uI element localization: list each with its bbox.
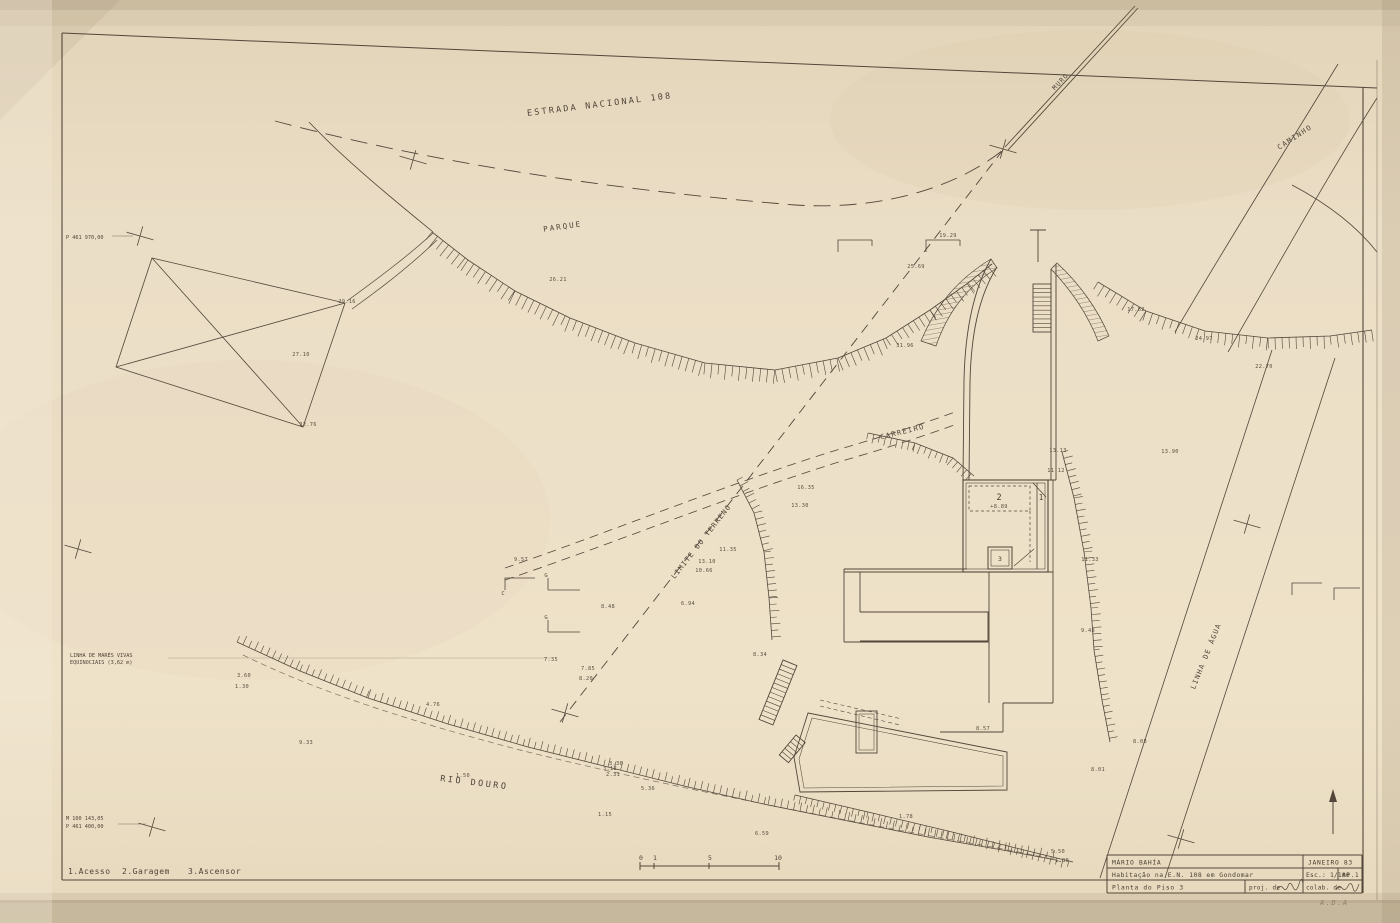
legend-item: 3.Ascensor bbox=[188, 867, 241, 876]
room-number-3: 3 bbox=[998, 555, 1002, 563]
spot-elevation: 29.16 bbox=[338, 299, 355, 305]
spot-elevation: 13.13 bbox=[1049, 448, 1066, 454]
room-number-1: 1 bbox=[1039, 493, 1044, 502]
map-label-coord-m-bottom: M 100 143,05 bbox=[66, 816, 103, 822]
drawing-sheet: MÁRIO BAHÍA JANEIRO 83 Habitação na E.N.… bbox=[0, 0, 1400, 923]
map-label-coord-p-top: P 461 970,00 bbox=[66, 235, 103, 241]
scale-bar-tick-label: 1 bbox=[653, 854, 657, 862]
room-number-2: 2 bbox=[996, 493, 1001, 503]
spot-elevation: 1.15 bbox=[598, 812, 612, 818]
legend-item: 1.Acesso bbox=[68, 867, 111, 876]
spot-elevation: 24.97 bbox=[1195, 336, 1212, 342]
spot-elevation: 6.59 bbox=[755, 831, 769, 837]
title-block-architect: MÁRIO BAHÍA bbox=[1112, 858, 1161, 867]
spot-elevation: 10.66 bbox=[695, 568, 712, 574]
section-marker-letter: G bbox=[544, 573, 547, 579]
title-block-drawing-title: Planta do Piso 3 bbox=[1112, 885, 1184, 892]
spot-elevation: 1.80 bbox=[1055, 858, 1069, 864]
spot-elevation: 8.57 bbox=[976, 726, 990, 732]
spot-elevation: 22.76 bbox=[299, 422, 316, 428]
spot-elevation: 5.50 bbox=[1051, 849, 1065, 855]
map-label-coord-p-bottom: P 461 400,00 bbox=[66, 824, 103, 830]
spot-elevation: 26.21 bbox=[549, 277, 566, 283]
spot-elevation: 3.60 bbox=[237, 673, 251, 679]
spot-elevation: 8.34 bbox=[753, 652, 767, 658]
spot-elevation: 11.35 bbox=[719, 547, 736, 553]
spot-elevation: 9.57 bbox=[514, 557, 528, 563]
spot-elevation: 9.48 bbox=[1081, 628, 1095, 634]
title-block-date: JANEIRO 83 bbox=[1308, 860, 1353, 867]
map-label-mares-vivas-1: LINHA DE MARÉS VIVAS bbox=[70, 651, 132, 659]
spot-elevation: 3.36 bbox=[609, 761, 623, 767]
spot-elevation: 13.90 bbox=[1161, 449, 1178, 455]
spot-elevation: 16.35 bbox=[797, 485, 814, 491]
spot-elevation: 19.29 bbox=[939, 233, 956, 239]
spot-elevation: 2.31 bbox=[606, 772, 620, 778]
spot-elevation: 7.35 bbox=[544, 657, 558, 663]
spot-elevation: 25.69 bbox=[907, 264, 924, 270]
spot-elevation: 6.94 bbox=[681, 601, 695, 607]
spot-elevation: 4.76 bbox=[426, 702, 440, 708]
spot-elevation: 8.48 bbox=[601, 604, 615, 610]
section-marker-letter: C bbox=[501, 591, 504, 597]
spot-elevation: 13.10 bbox=[698, 559, 715, 565]
spot-elevation: 11.12 bbox=[1047, 468, 1064, 474]
spot-elevation: 13.30 bbox=[791, 503, 808, 509]
spot-elevation: 1.30 bbox=[235, 684, 249, 690]
title-block-colab-label: colab. de bbox=[1306, 885, 1341, 892]
section-marker-letter: G bbox=[544, 615, 547, 621]
title-block-sheet-number: AP.1 bbox=[1342, 872, 1359, 879]
spot-elevation: 22.70 bbox=[1255, 364, 1272, 370]
spot-elevation: 8.01 bbox=[1091, 767, 1105, 773]
spot-elevation: 31.96 bbox=[896, 343, 913, 349]
scale-bar-tick-label: 5 bbox=[708, 854, 712, 862]
site-plan-drawing: MÁRIO BAHÍA JANEIRO 83 Habitação na E.N.… bbox=[0, 0, 1400, 923]
spot-elevation: 5.36 bbox=[641, 786, 655, 792]
spot-elevation: 8.08 bbox=[1133, 739, 1147, 745]
spot-elevation: 9.33 bbox=[299, 740, 313, 746]
scale-bar-tick-label: 0 bbox=[639, 854, 643, 862]
spot-elevation: 27.10 bbox=[292, 352, 309, 358]
title-block-proj-label: proj. de bbox=[1249, 885, 1280, 892]
spot-elevation: 7.85 bbox=[581, 666, 595, 672]
spot-elevation: 1.50 bbox=[456, 773, 470, 779]
spot-elevation: 1.78 bbox=[899, 814, 913, 820]
spot-elevation: +8.89 bbox=[990, 504, 1007, 510]
map-label-mares-vivas-2: EQUINOCIAIS (3,62 m) bbox=[70, 660, 132, 666]
title-block-project: Habitação na E.N. 108 em Gondomar bbox=[1112, 872, 1254, 879]
spot-elevation: 11.33 bbox=[1081, 557, 1098, 563]
scale-bar-tick-label: 10 bbox=[774, 854, 782, 862]
legend-item: 2.Garagem bbox=[122, 867, 170, 876]
spot-elevation: 17.62 bbox=[1127, 307, 1144, 313]
spot-elevation: 8.20 bbox=[579, 676, 593, 682]
